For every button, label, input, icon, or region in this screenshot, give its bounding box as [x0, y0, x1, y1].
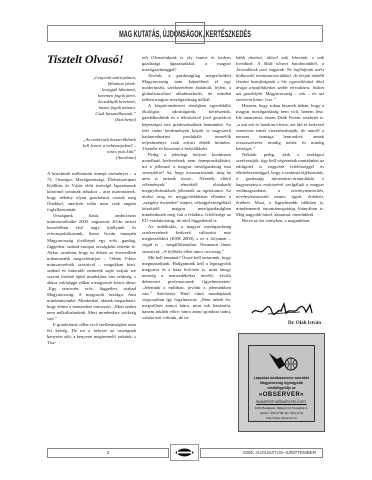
paragraph: Mit kell tennünk? Össze kell tartanunk, …: [142, 255, 231, 322]
paragraph: A közelmúlt milleniumi ünnepi eseményei …: [47, 171, 136, 213]
page-number: 3: [48, 450, 168, 455]
publisher-logo-icon: [171, 445, 198, 460]
paragraph: Az ünlelkulás, a magyar mezőgazdaság sze…: [142, 224, 231, 254]
ad-inner-frame: Lapunkat médiaszerveze szerződé Magyaror…: [248, 345, 315, 422]
observer-advertisement: Lapunkat médiaszerveze szerződé Magyaror…: [238, 333, 325, 432]
epigraph-quote-1: „Lenyesik szárnyaimat, lábamon járok: le…: [60, 75, 136, 123]
ad-url: http://www.observer.hu: [249, 416, 314, 420]
paragraph: Bízva az ősi erényben, s magunkban.: [236, 218, 324, 224]
paragraph: kább átnézni, idővel mik lehetünk, s mik…: [236, 55, 324, 103]
paragraph: telt Olvasóinknak is oly fontos és kedve…: [142, 55, 231, 73]
paragraph: A kárpát-medencei térségben egyedülálló …: [142, 103, 231, 151]
paragraph: Országunk fiatal, ambiciózus miniszterel…: [47, 213, 136, 322]
footer-logo: [170, 444, 199, 461]
quote-attribution: (Aurobino): [60, 155, 136, 161]
eagle-globe-logo-icon: [267, 351, 299, 373]
issue-date: 2000. AUGUSZTUS–SZEPTEMBER: [243, 450, 316, 455]
article-column-2: telt Olvasóinknak is oly fontos és kedve…: [142, 55, 231, 439]
paragraph: Jövőnk, a gazdaságilag megerősödött Magy…: [142, 73, 231, 103]
ad-text-line: Magyarország legnagyobb: [249, 381, 314, 385]
paragraph: Nekünk pedig, akik e szaklapot szerkeszt…: [236, 152, 324, 219]
ad-text-line: médiafigyelője az: [249, 386, 314, 390]
article-column-1: A közelmúlt milleniumi ünnepi eseményei …: [47, 171, 136, 439]
paragraph: Hiszem, hogy sokan hisznek abban, hogy a…: [236, 103, 324, 151]
ad-brand: »OBSERVER«: [249, 392, 314, 398]
paragraph: Pedig a jelenlegi helyzet korántsem mond…: [142, 152, 231, 225]
footer-page-box: 3: [47, 448, 169, 458]
article-title: Tisztelt Olvasó!: [47, 52, 124, 67]
footer-issue-box: 2000. AUGUSZTUS–SZEPTEMBER: [200, 448, 323, 458]
paragraph: E gondolatok célba vivő szellemiséghez n…: [47, 322, 136, 346]
ad-address: 1084 Budapest, Rákóczi út. Postafiók 1.: [249, 406, 314, 410]
signature-icon: [248, 299, 318, 319]
article-column-3: kább átnézni, idővel mik lehetünk, s mik…: [236, 55, 324, 297]
ad-text-line: Lapunkat médiaszerveze szerződé: [249, 376, 314, 380]
ad-phone: telefon: 303-4738, fax: 303-4744: [249, 411, 314, 415]
ad-company: BUDAPESTI MÉDIAFIGYELŐ KFT.: [249, 400, 314, 404]
epigraph-quote-2: „Az embernek kisszerűbbnek kell lennie a…: [60, 137, 136, 161]
author-name: Dr. Oláh István: [288, 321, 321, 326]
header-highlight-box: [175, 22, 205, 44]
quote-attribution: (Széchenyi): [60, 117, 136, 123]
